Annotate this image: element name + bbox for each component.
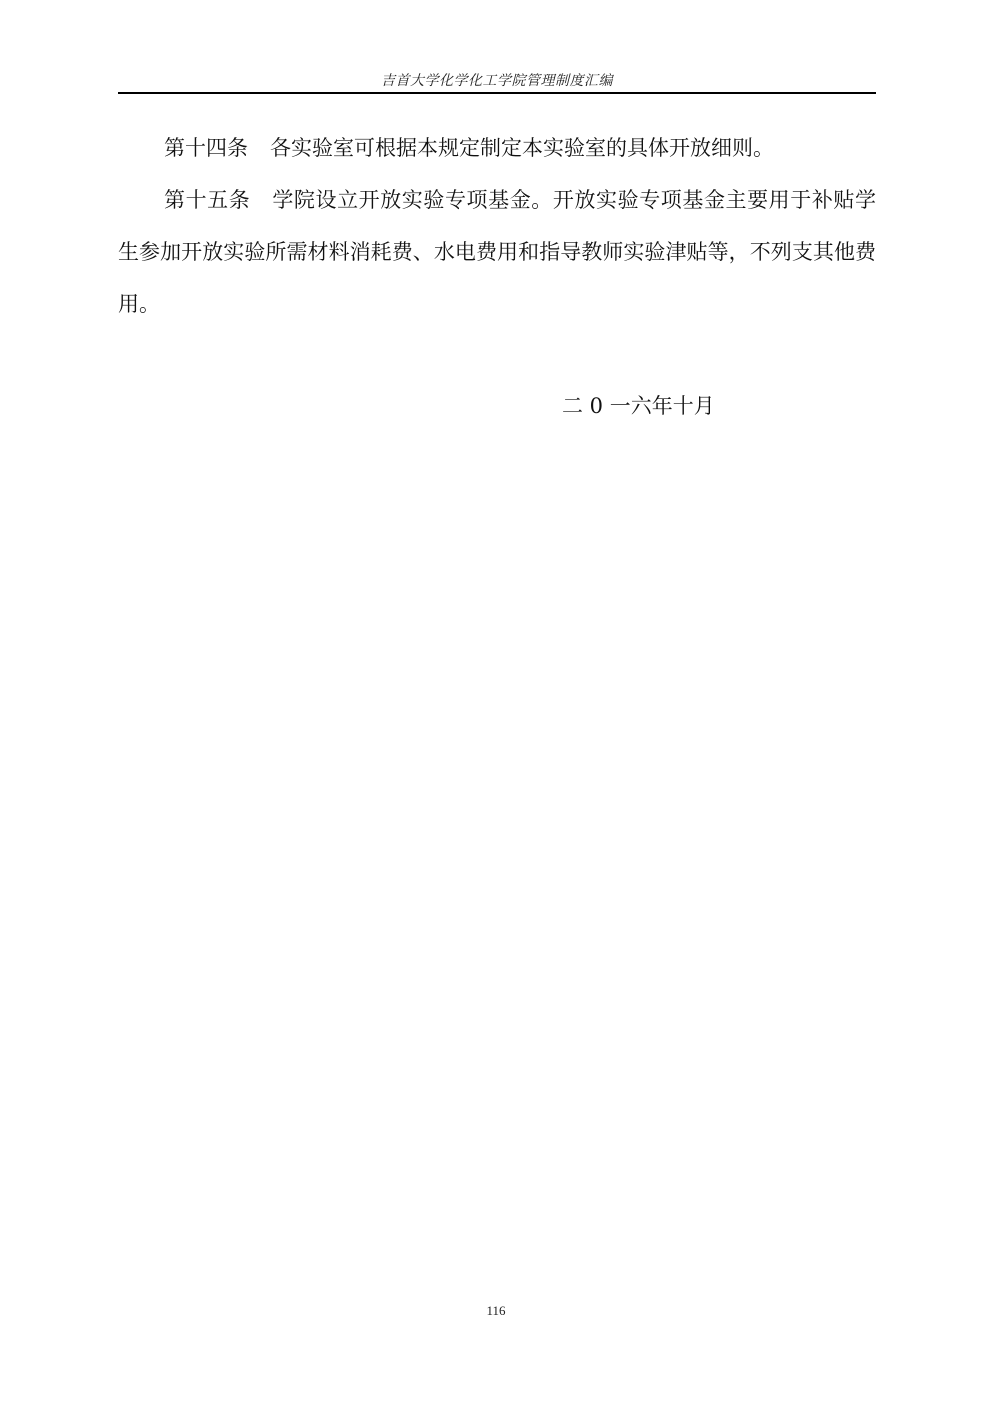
article-14: 第十四条各实验室可根据本规定制定本实验室的具体开放细则。: [118, 122, 876, 174]
document-header-title: 吉首大学化学化工学院管理制度汇编: [118, 70, 876, 90]
signature-date: 二 0 一六年十月: [562, 386, 715, 426]
article-15: 第十五条学院设立开放实验专项基金。开放实验专项基金主要用于补贴学生参加开放实验所…: [118, 174, 876, 330]
article-text: 各实验室可根据本规定制定本实验室的具体开放细则。: [270, 136, 774, 160]
document-body: 第十四条各实验室可根据本规定制定本实验室的具体开放细则。 第十五条学院设立开放实…: [118, 122, 876, 330]
article-number: 第十四条: [164, 136, 248, 160]
page-number: 116: [0, 1303, 992, 1319]
article-number: 第十五条: [164, 188, 250, 212]
header-divider: [118, 92, 876, 94]
